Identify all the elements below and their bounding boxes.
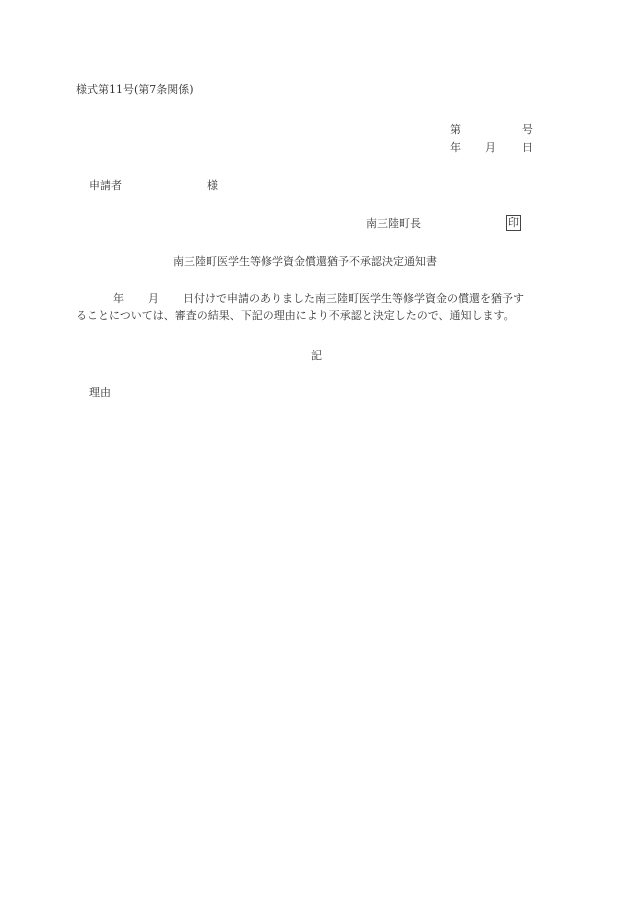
document-number-suffix: 号 [522,123,533,137]
body-paragraph-line1: 年月日付けで申請のありました南三陸町医学生等修学資金の償還を猶予す [76,292,524,306]
date-day-label: 日 [522,141,533,155]
body-line1-text: 日付けで申請のありました南三陸町医学生等修学資金の償還を猶予す [183,292,524,305]
seal-icon: 印 [506,215,521,231]
date-month-label: 月 [485,141,496,155]
body-month-label: 月 [148,292,159,305]
body-paragraph-line2: ることについては、審査の結果、下記の理由により不承認と決定したので、通知します。 [76,309,515,323]
date-year-label: 年 [450,141,461,155]
document-title: 南三陸町医学生等修学資金償還猶予不承認決定通知書 [173,255,437,269]
reason-label: 理由 [89,386,111,400]
applicant-honorific: 様 [207,179,218,193]
form-number: 様式第11号(第7条関係) [76,83,194,97]
applicant-label: 申請者 [89,179,122,193]
body-year-label: 年 [113,292,124,305]
document-number-prefix: 第 [450,123,461,137]
issuer-name: 南三陸町長 [366,217,421,231]
ki-heading: 記 [311,349,322,363]
